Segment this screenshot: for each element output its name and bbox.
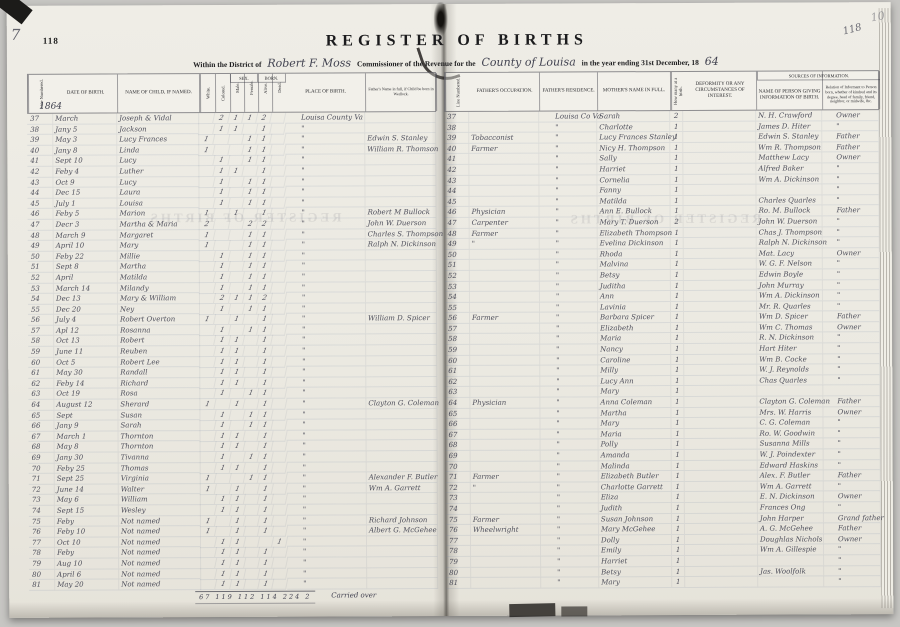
informant-name: A. G. McGehee: [758, 524, 824, 535]
father-name: [366, 303, 437, 314]
father-occupation: [471, 504, 541, 515]
child-name: Susan: [118, 410, 200, 421]
father-residence: ": [539, 133, 597, 144]
number-at-birth: 1: [670, 153, 683, 164]
father-residence: ": [540, 249, 598, 260]
dead-mark: [271, 399, 287, 410]
father-residence: ": [541, 450, 599, 461]
carried-over-note: Carried over: [331, 591, 376, 599]
date-of-birth: Oct 5: [54, 357, 118, 368]
line-number: 41: [444, 154, 469, 165]
child-name: Milandy: [118, 283, 200, 294]
mother-name: Elizabeth: [598, 323, 671, 334]
informant-name: Wm D. Spicer: [757, 312, 823, 323]
father-occupation: [469, 165, 539, 176]
deformity-note: [685, 471, 758, 482]
informant-name: Charles Quarles: [757, 195, 823, 206]
deformity-note: [684, 291, 757, 302]
informant-relation: ": [824, 449, 881, 460]
father-name: [367, 493, 438, 504]
informant-relation: ": [823, 354, 880, 365]
line-number: 54: [28, 294, 54, 305]
father-name: [367, 536, 438, 547]
line-number: 61: [445, 366, 470, 377]
informant-relation: ": [823, 280, 880, 291]
place-of-birth: ": [286, 367, 366, 378]
informant-relation: ": [824, 576, 881, 587]
place-of-birth: ": [286, 420, 366, 431]
father-occupation: [471, 461, 541, 472]
deformity-note: [684, 397, 757, 408]
mother-name: Mary: [598, 386, 671, 397]
number-at-birth: 1: [672, 567, 685, 578]
mother-name: Charlotte Garrett: [599, 482, 672, 493]
informant-relation: Owner: [822, 153, 879, 164]
line-number: 72: [29, 485, 55, 496]
father-residence: ": [541, 567, 599, 578]
dead-mark: [272, 558, 288, 569]
father-occupation: [469, 186, 539, 197]
informant-relation: ": [823, 195, 880, 206]
father-name: Richard Johnson: [367, 515, 438, 526]
number-at-birth: 1: [672, 482, 685, 493]
line-number: 81: [446, 578, 471, 589]
deformity-note: [684, 323, 757, 334]
father-occupation: Farmer: [471, 514, 541, 525]
line-number: 73: [446, 493, 471, 504]
informant-relation: Owner: [823, 407, 880, 418]
father-residence: ": [540, 291, 598, 302]
father-name: [366, 419, 437, 430]
father-residence: ": [541, 535, 599, 546]
line-number: 53: [445, 281, 470, 292]
place-of-birth: ": [287, 557, 367, 568]
father-occupation: [470, 323, 540, 334]
date-of-birth: Feby 25: [55, 463, 119, 474]
child-name: Randall: [118, 367, 200, 378]
number-at-birth: 1: [672, 471, 685, 482]
mother-name: Malinda: [599, 461, 672, 472]
line-number: 70: [446, 462, 471, 473]
date-of-birth: Sept 10: [53, 156, 117, 167]
line-number: 58: [28, 336, 54, 347]
number-at-birth: 1: [671, 249, 684, 260]
father-occupation: Farmer: [471, 472, 541, 483]
date-of-birth: Decr 3: [54, 219, 118, 230]
number-at-birth: 1: [671, 323, 684, 334]
father-residence: ": [541, 546, 599, 557]
deformity-note: [685, 450, 758, 461]
dead-mark: 1: [272, 536, 288, 547]
date-of-birth: Sept 25: [55, 474, 119, 485]
informant-relation: ": [823, 227, 880, 238]
dead-mark: [271, 325, 287, 336]
father-residence: ": [540, 228, 598, 239]
line-number: 62: [445, 377, 470, 388]
line-number: 42: [27, 167, 53, 178]
date-of-birth: Feby 14: [54, 378, 118, 389]
mother-name: Matilda: [598, 196, 671, 207]
informant-name: Wm A. Dickinson: [757, 290, 823, 301]
line-number: 39: [27, 135, 53, 146]
deformity-note: [684, 376, 757, 387]
line-number: 50: [445, 250, 470, 261]
header-place-of-birth: PLACE OF BIRTH.: [286, 73, 366, 111]
line-number: 48: [445, 228, 470, 239]
date-of-birth: March 14: [54, 283, 118, 294]
father-name: [367, 568, 438, 579]
date-of-birth: August 12: [54, 399, 118, 410]
dead-mark: [271, 356, 287, 367]
father-occupation: Farmer: [470, 228, 540, 239]
line-number: 45: [445, 197, 470, 208]
father-occupation: Carpenter: [470, 218, 540, 229]
father-name: [367, 430, 438, 441]
informant-name: John Murray: [757, 280, 823, 291]
number-at-birth: 1: [670, 132, 683, 143]
place-of-birth: ": [285, 144, 365, 155]
dead-mark: [270, 176, 286, 187]
child-name: Linda: [117, 145, 199, 156]
father-name: Charles S. Thompson: [366, 229, 437, 240]
county-name: County of Louisa: [481, 55, 575, 68]
child-name: Not named: [119, 547, 201, 558]
line-number: 42: [444, 165, 469, 176]
father-name: Robert M Bullock: [366, 207, 437, 218]
deformity-note: [683, 142, 756, 153]
child-name: Sherard: [118, 399, 200, 410]
deformity-note: [685, 556, 758, 567]
father-occupation: Tobacconist: [469, 133, 539, 144]
father-name: [365, 123, 436, 134]
father-residence: ": [540, 323, 598, 334]
informant-name: Wm A. Dickinson: [756, 174, 822, 185]
informant-relation: Owner: [823, 322, 880, 333]
father-occupation: [470, 355, 540, 366]
header-father-residence: FATHER'S RESIDENCE.: [540, 72, 598, 110]
father-residence: ": [541, 472, 599, 483]
line-number: 76: [29, 527, 55, 538]
informant-name: [758, 555, 824, 566]
child-name: Jackson: [117, 124, 199, 135]
line-number: 81: [29, 580, 55, 591]
line-number: 59: [445, 345, 470, 356]
informant-name: E. N. Dickinson: [758, 492, 824, 503]
line-number: 80: [446, 567, 471, 578]
number-at-birth: 1: [671, 333, 684, 344]
date-of-birth: June 14: [55, 484, 119, 495]
line-number: 43: [444, 175, 469, 186]
line-number: 71: [29, 474, 55, 485]
page-subtitle: Within the District of Robert F. Moss Co…: [63, 54, 853, 70]
line-number: 70: [29, 463, 55, 474]
mother-name: Harriet: [599, 556, 672, 567]
date-of-birth: Dec 15: [53, 188, 117, 199]
deformity-note: [684, 301, 757, 312]
father-name: [366, 292, 437, 303]
father-name: [367, 578, 438, 589]
informant-relation: ": [823, 375, 880, 386]
place-of-birth: ": [287, 441, 367, 452]
deformity-note: [684, 407, 757, 418]
deformity-note: [683, 121, 756, 132]
child-name: Thornton: [119, 441, 201, 452]
informant-name: Matthew Lacy: [756, 153, 822, 164]
father-occupation: [471, 440, 541, 451]
father-residence: ": [540, 387, 598, 398]
place-of-birth: ": [285, 123, 365, 134]
child-name: Matilda: [118, 272, 200, 283]
informant-name: Ro. W. Goodwin: [758, 428, 824, 439]
father-residence: ": [541, 429, 599, 440]
year-suffix: 64: [705, 55, 719, 68]
deformity-note: [684, 238, 757, 249]
deformity-note: [685, 503, 758, 514]
date-of-birth: Feby 5: [54, 209, 118, 220]
date-of-birth: Dec 13: [54, 294, 118, 305]
number-at-birth: 1: [672, 577, 685, 588]
child-name: Thomas: [119, 463, 201, 474]
informant-name: Clayton G. Coleman: [757, 396, 823, 407]
father-occupation: [470, 302, 540, 313]
informant-name: Jas. Woolfolk: [758, 566, 824, 577]
child-name: Laura: [117, 187, 199, 198]
deformity-note: [685, 577, 758, 588]
father-name: John W. Duerson: [366, 218, 437, 229]
informant-relation: ": [822, 174, 879, 185]
place-of-birth: ": [286, 250, 366, 261]
line-number: 40: [444, 144, 469, 155]
mother-name: Maria: [598, 334, 671, 345]
child-name: Robert Overton: [118, 314, 200, 325]
mother-name: Betsy: [598, 270, 671, 281]
mother-name: Nancy: [598, 344, 671, 355]
line-number: 52: [28, 273, 54, 284]
handwritten-corner-number: 10: [870, 9, 886, 24]
informant-relation: Owner: [823, 248, 880, 259]
line-number: 72: [446, 483, 471, 494]
date-of-birth: Jany 30: [55, 452, 119, 463]
father-occupation: Farmer: [470, 313, 540, 324]
informant-relation: Grand father: [824, 513, 881, 524]
date-of-birth: April: [54, 272, 118, 283]
informant-name: Doughlas Nichols: [758, 534, 824, 545]
handwritten-corner-mark: 7: [11, 26, 21, 44]
child-name: Not named: [119, 579, 201, 590]
number-at-birth: 1: [672, 450, 685, 461]
date-of-birth: Feby 10: [55, 527, 119, 538]
informant-relation: ": [823, 237, 880, 248]
informant-name: Wm A. Garrett: [758, 481, 824, 492]
place-of-birth: ": [285, 187, 365, 198]
child-name: Rosa: [118, 389, 200, 400]
number-at-birth: 1: [672, 514, 685, 525]
line-number: 75: [29, 516, 55, 527]
header-number-at-birth: How many at a birth.: [671, 72, 684, 110]
line-number: 68: [29, 442, 55, 453]
line-number: 58: [445, 334, 470, 345]
line-number: 64: [28, 400, 54, 411]
dead-mark: [270, 197, 286, 208]
father-occupation: ": [471, 482, 541, 493]
number-at-birth: 1: [671, 418, 684, 429]
mother-name: Evelina Dickinson: [598, 238, 671, 249]
deformity-note: [683, 153, 756, 164]
child-name: Margaret: [118, 230, 200, 241]
father-residence: ": [541, 482, 599, 493]
line-number: 43: [27, 177, 53, 188]
line-number: 53: [28, 283, 54, 294]
mother-name: Eliza: [599, 492, 672, 503]
father-occupation: [470, 196, 540, 207]
header-sex-group: SEX.: [230, 74, 258, 83]
child-name: Not named: [119, 516, 201, 527]
mother-name: Fanny: [597, 185, 670, 196]
father-residence: ": [540, 408, 598, 419]
informant-name: Chas J. Thompson: [757, 227, 823, 238]
header-mother-name: MOTHER'S NAME IN FULL.: [598, 72, 671, 110]
place-of-birth: ": [286, 271, 366, 282]
number-at-birth: 1: [671, 365, 684, 376]
line-number: 63: [28, 389, 54, 400]
father-occupation: [471, 493, 541, 504]
place-of-birth: ": [286, 409, 366, 420]
father-occupation: [470, 419, 540, 430]
number-at-birth: 1: [671, 355, 684, 366]
dead-mark: [270, 123, 286, 134]
line-number: 47: [28, 220, 54, 231]
father-occupation: [470, 387, 540, 398]
dead-mark: [271, 240, 287, 251]
informant-relation: Father: [823, 311, 880, 322]
mother-name: Milly: [598, 365, 671, 376]
father-name: [365, 176, 436, 187]
line-number: 45: [28, 198, 54, 209]
child-name: Ney: [118, 304, 200, 315]
father-name: Clayton G. Coleman: [366, 398, 437, 409]
father-occupation: [470, 281, 540, 292]
number-at-birth: 1: [670, 164, 683, 175]
place-of-birth: ": [286, 261, 366, 272]
father-occupation: ": [470, 239, 540, 250]
father-occupation: [471, 451, 541, 462]
father-residence: ": [540, 355, 598, 366]
child-name: Not named: [119, 569, 201, 580]
dead-mark: [271, 229, 287, 240]
father-name: [366, 282, 437, 293]
father-name: William D. Spicer: [366, 313, 437, 324]
dead-mark: [271, 388, 287, 399]
informant-name: W. J. Reynolds: [757, 365, 823, 376]
line-number: 38: [444, 123, 469, 134]
father-residence: ": [539, 122, 597, 133]
deformity-note: [684, 195, 757, 206]
date-of-birth: April 10: [54, 241, 118, 252]
line-number: 54: [445, 292, 470, 303]
father-residence: ": [540, 238, 598, 249]
page-title: REGISTER OF BIRTHS: [257, 31, 657, 51]
place-of-birth: ": [286, 377, 366, 388]
mother-name: Emily: [599, 545, 672, 556]
father-occupation: [470, 249, 540, 260]
informant-name: Alex. F. Butler: [758, 471, 824, 482]
number-at-birth: 1: [671, 386, 684, 397]
child-name: Joseph & Vidal: [117, 113, 199, 124]
informant-name: Chas Quarles: [757, 375, 823, 386]
place-of-birth: ": [287, 515, 367, 526]
father-residence: ": [541, 525, 599, 536]
date-of-birth: Apl 12: [54, 325, 118, 336]
father-residence: ": [540, 376, 598, 387]
line-number: 79: [29, 559, 55, 570]
mother-name: Nicy H. Thompson: [597, 143, 670, 154]
informant-relation: ": [824, 460, 881, 471]
child-name: Luther: [117, 166, 199, 177]
father-name: [366, 324, 437, 335]
informant-relation: Father: [822, 142, 879, 153]
date-of-birth: Jany 8: [53, 145, 117, 156]
mother-name: Lavinia: [598, 302, 671, 313]
line-number: 40: [27, 146, 53, 157]
deformity-note: [684, 344, 757, 355]
father-occupation: [471, 578, 541, 589]
dead-mark: [272, 526, 288, 537]
child-name: Not named: [119, 558, 201, 569]
place-of-birth: ": [286, 303, 366, 314]
place-of-birth: ": [287, 451, 367, 462]
line-number: 69: [29, 453, 55, 464]
mother-name: Amanda: [599, 450, 672, 461]
number-at-birth: 1: [672, 492, 685, 503]
informant-name: [758, 576, 824, 587]
deformity-note: [684, 418, 757, 429]
father-residence: ": [540, 334, 598, 345]
date-of-birth: March 9: [54, 230, 118, 241]
deformity-note: [684, 248, 757, 259]
handwritten-page-number: 118: [842, 22, 863, 37]
number-at-birth: 1: [671, 312, 684, 323]
date-of-birth: Oct 13: [54, 336, 118, 347]
child-name: Richard: [118, 378, 200, 389]
father-name: [366, 345, 437, 356]
child-name: Wesley: [119, 505, 201, 516]
number-at-birth: 1: [670, 175, 683, 186]
deformity-note: [685, 428, 758, 439]
father-occupation: [471, 429, 541, 440]
place-of-birth: Louisa County Va: [285, 112, 365, 123]
mother-name: Betsy: [599, 567, 672, 578]
child-name: Lucy: [117, 155, 199, 166]
mother-name: Elizabeth Thompson: [598, 228, 671, 239]
father-name: [367, 557, 438, 568]
right-table-body: 37Louisa Co VaSarah2N. H. CrawfordOwner3…: [444, 110, 881, 589]
father-name: Alexander F. Butler: [367, 472, 438, 483]
child-name: Louisa: [118, 198, 200, 209]
child-name: Sarah: [118, 420, 200, 431]
place-of-birth: ": [286, 197, 366, 208]
place-of-birth: ": [287, 462, 367, 473]
father-name: [367, 462, 438, 473]
line-number: 66: [445, 419, 470, 430]
place-of-birth: ": [286, 314, 366, 325]
line-number: 78: [29, 548, 55, 559]
line-number: 46: [28, 209, 54, 220]
dead-mark: [271, 367, 287, 378]
deformity-note: [684, 227, 757, 238]
line-number: 69: [446, 451, 471, 462]
mother-name: Cornelia: [597, 175, 670, 186]
line-number: 55: [28, 304, 54, 315]
